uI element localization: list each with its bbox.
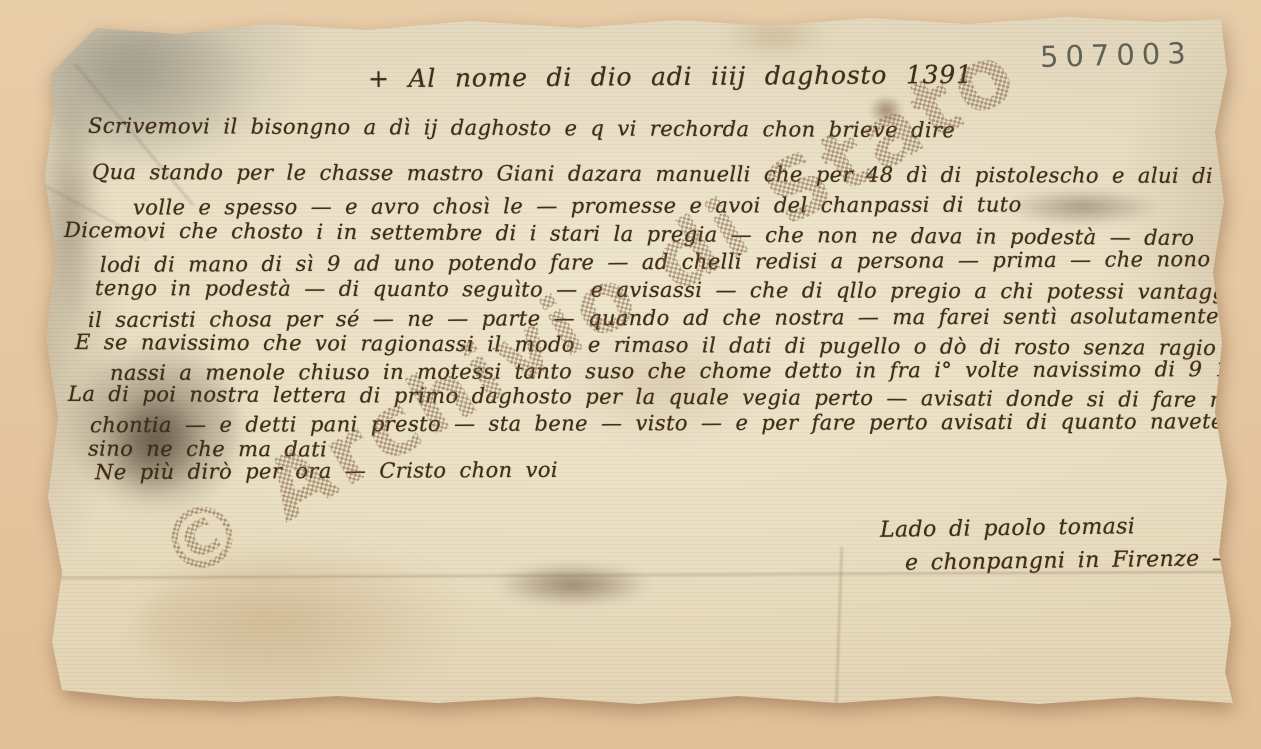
letter-line-3: volle e spesso — e avro chosì le — prome… — [133, 192, 1022, 219]
archive-number: 507003 — [1040, 36, 1194, 74]
letter-line-4: Dicemovi che chosto i in settembre di i … — [64, 218, 1195, 250]
letter-line-5: lodi di mano di sì 9 ad uno potendo fare… — [100, 247, 1211, 277]
fold-crease-vertical — [835, 547, 843, 707]
stain-top-left-gray — [40, 25, 260, 165]
signature-line-1: Lado di paolo tomasi — [880, 514, 1136, 543]
stain-bottom-middle — [493, 562, 653, 607]
letter-heading: + Al nome di dio adi iiij daghosto 1391 — [368, 60, 973, 93]
stain-right-streak — [1003, 188, 1163, 226]
letter-line-7: il sacristi chosa per sé — ne — parte — … — [88, 304, 1219, 332]
stain-bottom-left — [138, 552, 468, 707]
letter-line-2: Qua stando per le chasse mastro Giani da… — [92, 160, 1245, 188]
letter-line-6: tengo in podestà — di quanto seguìto — e… — [95, 276, 1261, 304]
signature-line-2: e chonpangni in Firenze — stat — [905, 545, 1261, 575]
letter-line-8: E se navissimo che voi ragionassi il mod… — [75, 330, 1216, 360]
letter-line-12: sino ne che ma dati — [88, 437, 327, 462]
letter-line-1: Scrivemovi il bisongno a dì ij daghosto … — [88, 114, 955, 143]
letter-line-11: chontia — e detti pani presto — sta bene… — [90, 409, 1261, 437]
letter-paper: 507003 + Al nome di dio adi iiij daghost… — [38, 12, 1236, 712]
manuscript-photo: 507003 + Al nome di dio adi iiij daghost… — [0, 0, 1261, 749]
letter-line-13: Ne più dirò per ora — Cristo chon voi — [95, 458, 558, 484]
stain-top-middle — [718, 12, 833, 60]
letter-line-10: La di poi nostra lettera di primo daghos… — [68, 382, 1261, 412]
letter-line-9: nassi a menole chiuso in motessi tanto s… — [110, 357, 1243, 385]
letter-paper-shadow: 507003 + Al nome di dio adi iiij daghost… — [0, 0, 1261, 749]
